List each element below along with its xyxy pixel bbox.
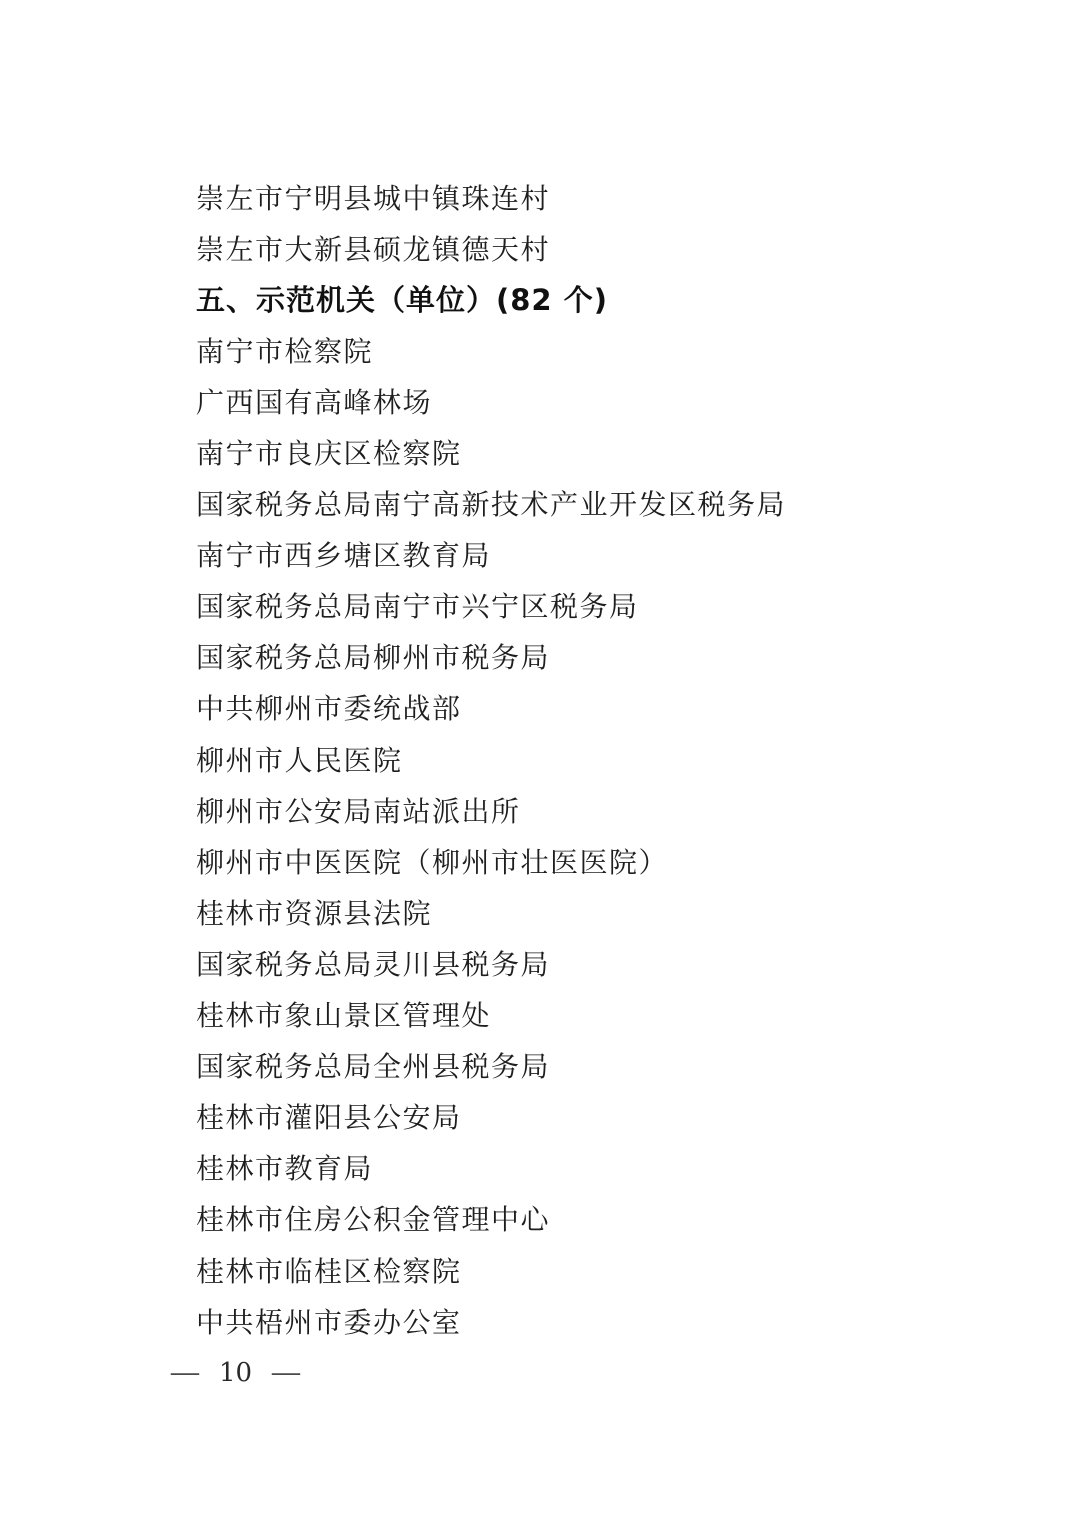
list-item: 中共柳州市委统战部	[196, 682, 786, 733]
list-item: 柳州市中医医院（柳州市壮医医院）	[196, 835, 786, 886]
document-body: 崇左市宁明县城中镇珠连村 崇左市大新县硕龙镇德天村 五、示范机关（单位）(82 …	[196, 171, 786, 1346]
list-item: 桂林市象山景区管理处	[196, 989, 786, 1040]
document-page: 崇左市宁明县城中镇珠连村 崇左市大新县硕龙镇德天村 五、示范机关（单位）(82 …	[0, 0, 1074, 1519]
section-heading: 五、示范机关（单位）(82 个)	[196, 273, 786, 324]
list-item: 国家税务总局柳州市税务局	[196, 631, 786, 682]
list-item: 桂林市灌阳县公安局	[196, 1091, 786, 1142]
list-item: 南宁市良庆区检察院	[196, 426, 786, 477]
list-item: 桂林市住房公积金管理中心	[196, 1193, 786, 1244]
list-item: 崇左市大新县硕龙镇德天村	[196, 222, 786, 273]
list-item: 南宁市检察院	[196, 324, 786, 375]
list-item: 崇左市宁明县城中镇珠连村	[196, 171, 786, 222]
footer-dash-left: —	[169, 1358, 200, 1388]
list-item: 国家税务总局灵川县税务局	[196, 937, 786, 988]
page-footer: — 10 —	[172, 1348, 299, 1398]
list-item: 国家税务总局南宁市兴宁区税务局	[196, 580, 786, 631]
list-item: 柳州市公安局南站派出所	[196, 784, 786, 835]
list-item: 国家税务总局南宁高新技术产业开发区税务局	[196, 478, 786, 529]
list-item: 广西国有高峰林场	[196, 375, 786, 426]
footer-dash-right: —	[270, 1358, 301, 1388]
list-item: 国家税务总局全州县税务局	[196, 1040, 786, 1091]
list-item: 桂林市临桂区检察院	[196, 1244, 786, 1295]
list-item: 柳州市人民医院	[196, 733, 786, 784]
list-item: 桂林市教育局	[196, 1142, 786, 1193]
list-item: 南宁市西乡塘区教育局	[196, 529, 786, 580]
list-item: 桂林市资源县法院	[196, 886, 786, 937]
page-number: 10	[219, 1358, 252, 1388]
list-item: 中共梧州市委办公室	[196, 1295, 786, 1346]
